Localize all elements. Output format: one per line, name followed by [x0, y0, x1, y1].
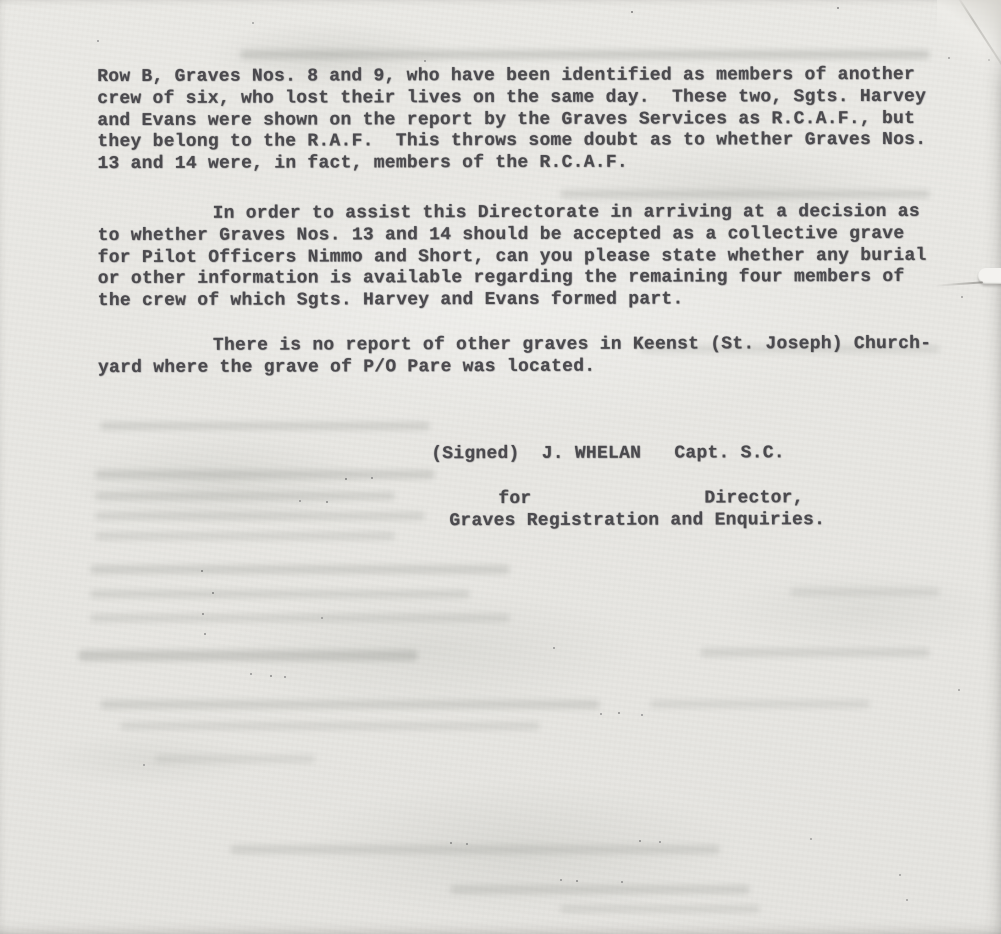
scanned-letter-page: Row B, Graves Nos. 8 and 9, who have bee… — [0, 0, 1001, 934]
paragraph-request-for-information: In order to assist this Directorate in a… — [98, 202, 927, 313]
paragraph-graves-identification: Row B, Graves Nos. 8 and 9, who have bee… — [97, 65, 926, 176]
signature-for-label: for — [498, 489, 531, 511]
paragraph-churchyard-note: There is no report of other graves in Ke… — [98, 334, 931, 380]
typewritten-text-layer: Row B, Graves Nos. 8 and 9, who have bee… — [0, 0, 1001, 934]
signature-title: Director, — [704, 488, 804, 510]
signature-signed-line: (Signed) J. WHELAN Capt. S.C. — [431, 443, 785, 466]
signature-department: Graves Registration and Enquiries. — [449, 510, 825, 533]
